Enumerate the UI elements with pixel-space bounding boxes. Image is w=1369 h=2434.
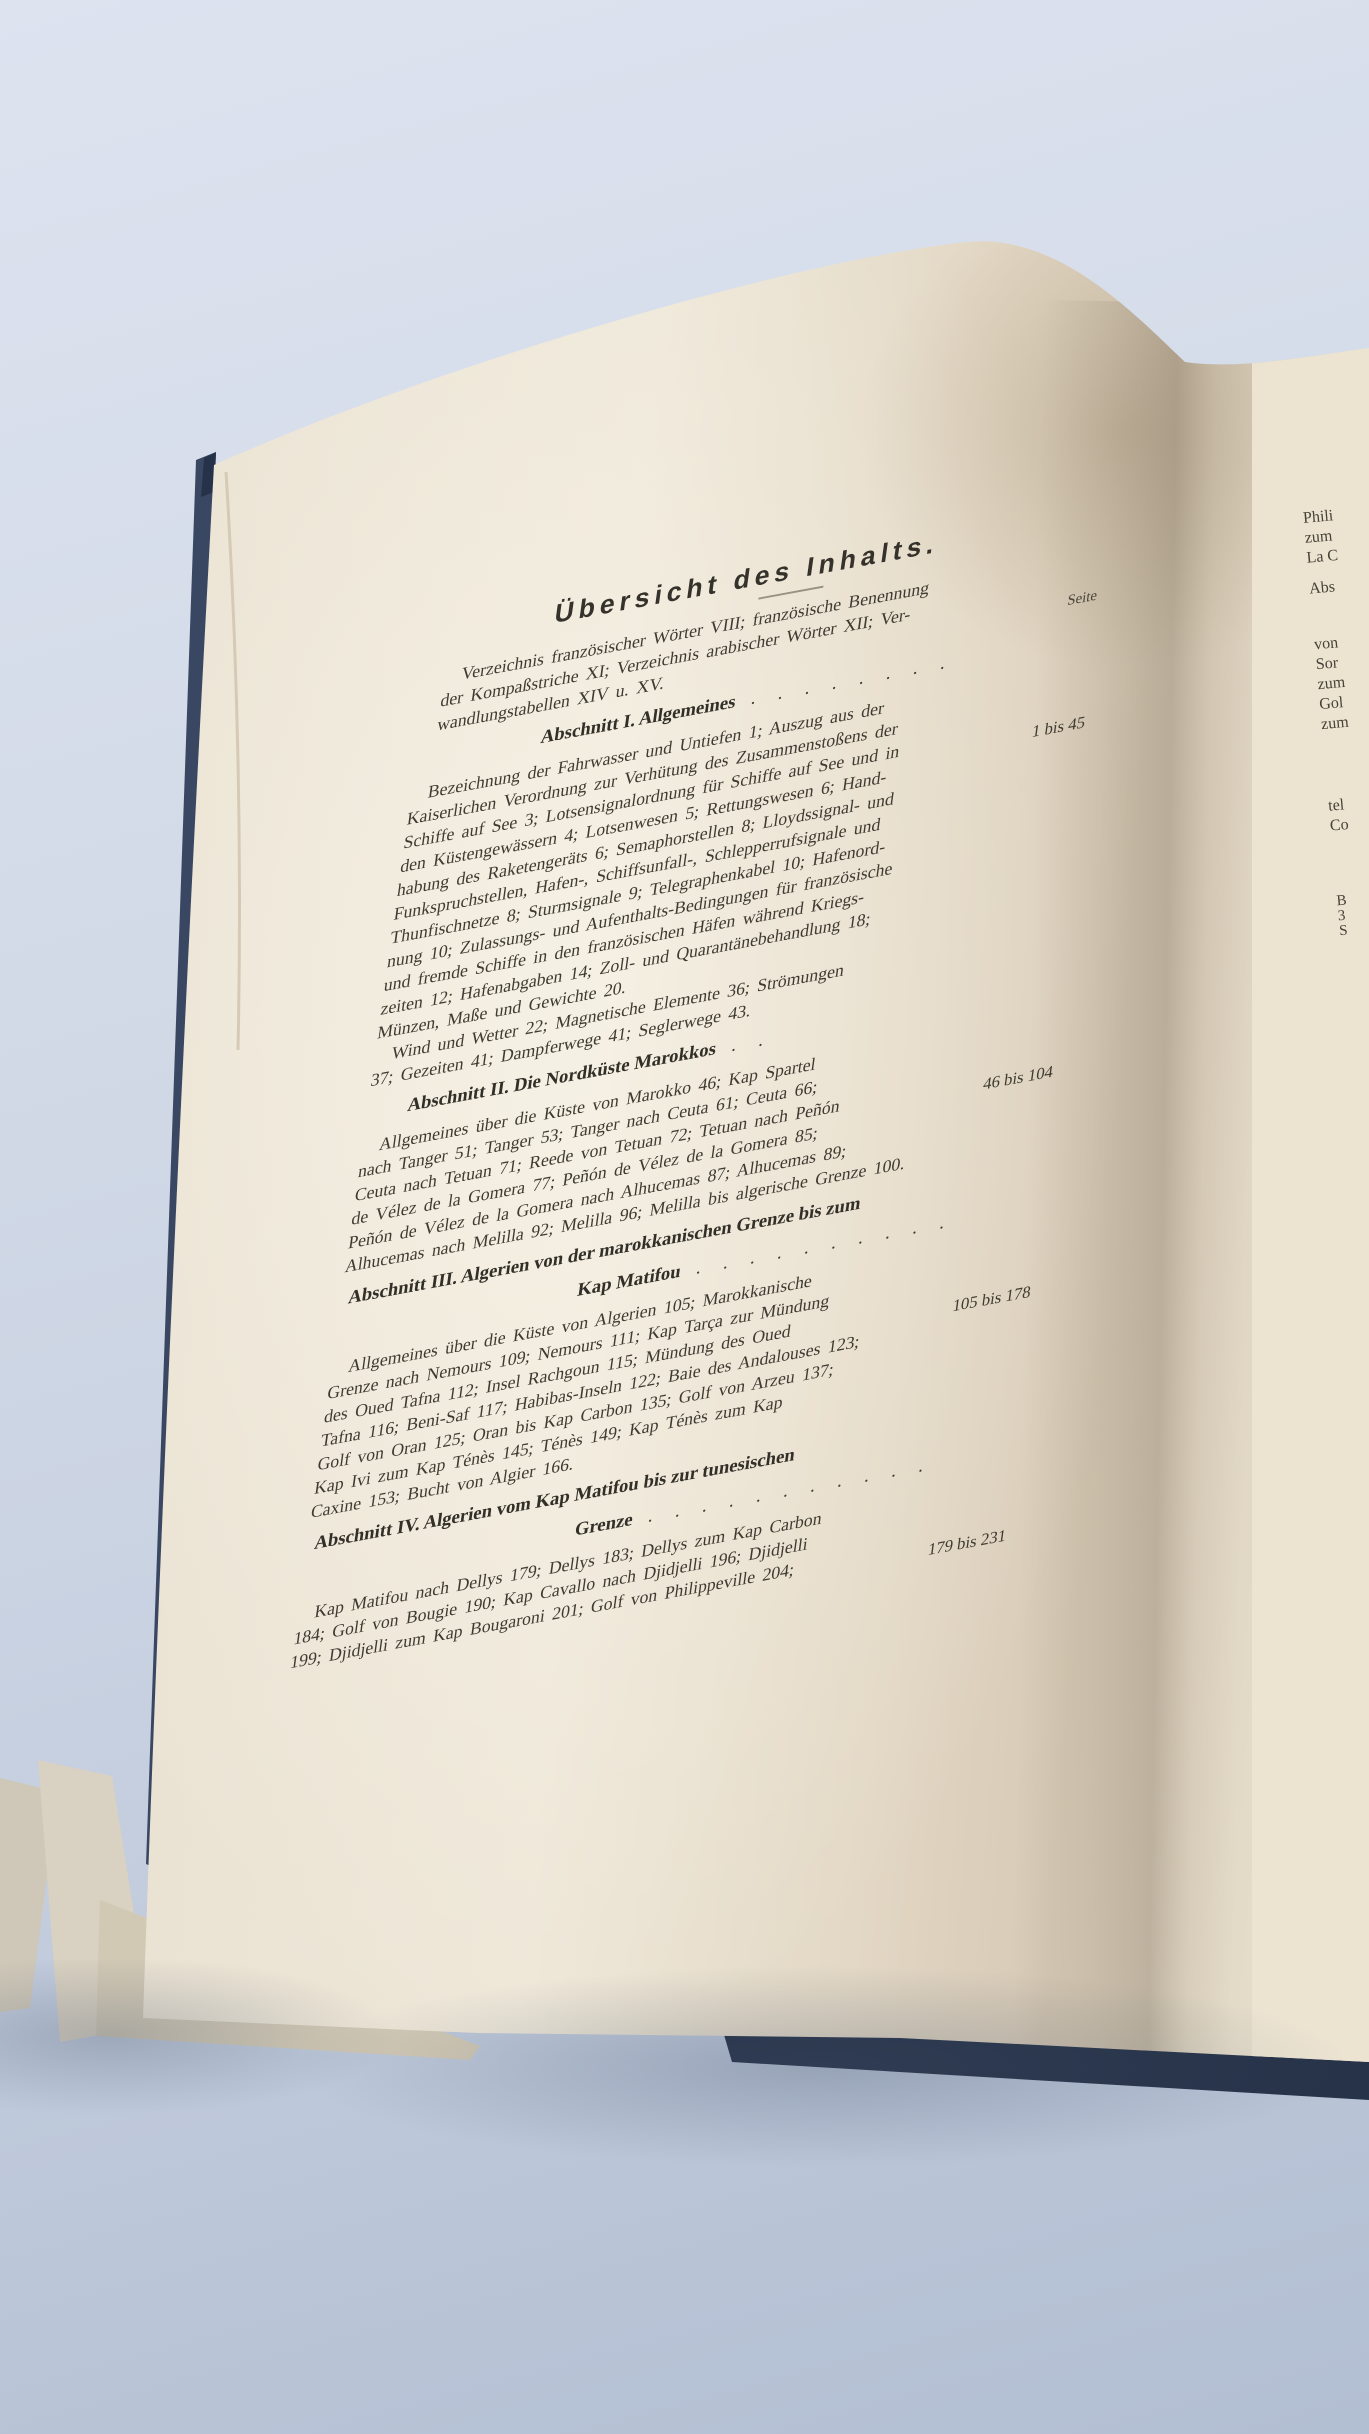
spacer <box>961 650 1043 665</box>
fragment: zum <box>1320 711 1369 735</box>
fragment: S <box>1339 920 1369 939</box>
fragment: Abs <box>1308 575 1358 599</box>
seite-column-label: Seite <box>1066 588 1098 610</box>
spacer <box>960 1224 964 1225</box>
fragment: La C <box>1306 545 1356 569</box>
section-2-page-range: 46 bis 104 <box>981 1049 1101 1098</box>
fragment: Co <box>1329 813 1369 837</box>
section-3-page-range: 105 bis 178 <box>951 1271 1071 1320</box>
section-4-heading-line2: Grenze <box>573 1506 635 1544</box>
section-1-page-range: 1 bis 45 <box>1030 697 1150 746</box>
leader-dots: . . <box>730 1025 774 1060</box>
book-shadow <box>0 1960 1369 2340</box>
book-photo: Übersicht des Inhalts. Seite Verzeichnis… <box>0 0 1369 2434</box>
